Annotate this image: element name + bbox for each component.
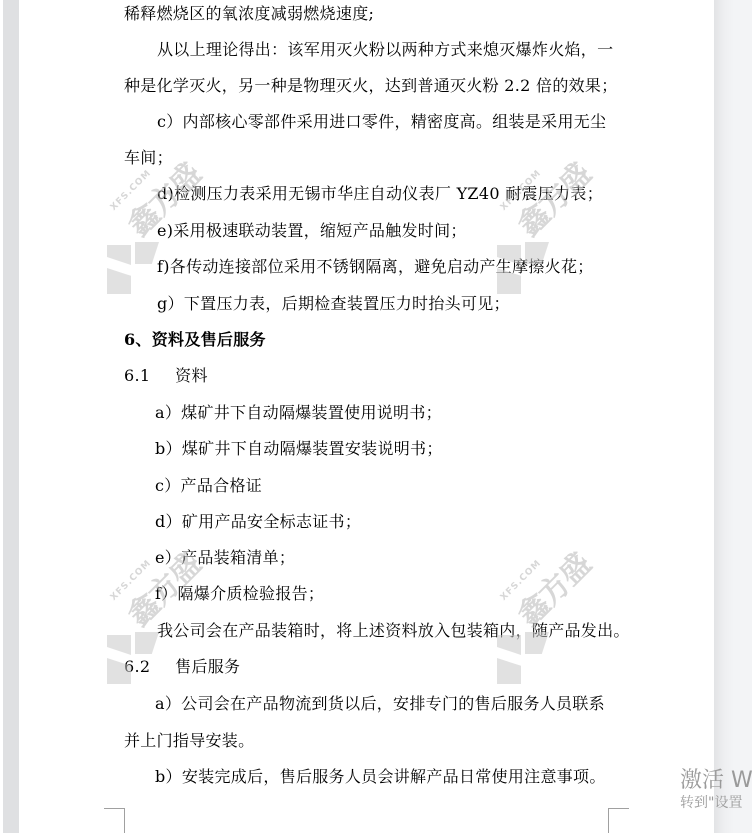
- paragraph-line: e)采用极速联动装置，缩短产品触发时间；: [157, 221, 467, 241]
- paragraph-line: 稀释燃烧区的氧浓度减弱燃烧速度;: [124, 4, 374, 24]
- activation-hint: 转到"设置: [680, 794, 752, 812]
- left-gutter: [0, 0, 19, 833]
- margin-corner-mark-right: [608, 808, 629, 833]
- paragraph-note: 我公司会在产品装箱时，将上述资料放入包装箱内，随产品发出。: [157, 621, 630, 641]
- windows-activation-overlay: 激活 W 转到"设置: [680, 768, 752, 812]
- paragraph-line: 车间；: [124, 148, 173, 168]
- paragraph-line: 从以上理论得出：该军用灭火粉以两种方式来熄灭爆炸火焰，一: [157, 40, 613, 60]
- list-item: b）煤矿井下自动隔爆装置安装说明书；: [155, 439, 443, 459]
- list-item-continuation: 并上门指导安装。: [124, 731, 254, 751]
- subsection-title: 资料: [175, 366, 208, 385]
- subsection-number: 6.1: [124, 366, 150, 385]
- list-item: b）安装完成后，售后服务人员会讲解产品日常使用注意事项。: [155, 767, 606, 787]
- section-heading: 6、资料及售后服务: [124, 330, 266, 350]
- document-page[interactable]: 稀释燃烧区的氧浓度减弱燃烧速度; 从以上理论得出：该军用灭火粉以两种方式来熄灭爆…: [19, 0, 714, 833]
- paragraph-line: f)各传动连接部位采用不锈钢隔离，避免启动产生摩擦火花；: [157, 257, 594, 277]
- paragraph-line: 种是化学灭火，另一种是物理灭火，达到普通灭火粉 2.2 倍的效果；: [124, 76, 618, 96]
- list-item: a）公司会在产品物流到货以后，安排专门的售后服务人员联系: [155, 694, 605, 714]
- paragraph-line: c）内部核心零部件采用进口零件，精密度高。组装是采用无尘: [157, 112, 606, 132]
- paragraph-line: g）下置压力表，后期检查装置压力时抬头可见；: [157, 294, 510, 314]
- list-item: d）矿用产品安全标志证书；: [155, 512, 361, 532]
- subsection-heading-6-2: 6.2 售后服务: [124, 657, 240, 677]
- paragraph-line: d)检测压力表采用无锡市华庄自动仪表厂 YZ40 耐震压力表；: [157, 184, 603, 204]
- right-gutter: [714, 0, 752, 833]
- document-viewer: 稀释燃烧区的氧浓度减弱燃烧速度; 从以上理论得出：该军用灭火粉以两种方式来熄灭爆…: [0, 0, 752, 833]
- list-item: f）隔爆介质检验报告；: [155, 584, 324, 604]
- subsection-heading-6-1: 6.1 资料: [124, 366, 208, 386]
- subsection-number: 6.2: [124, 657, 150, 676]
- list-item: e）产品装箱清单；: [155, 548, 295, 568]
- subsection-title: 售后服务: [175, 657, 240, 676]
- margin-corner-mark-left: [104, 808, 125, 833]
- list-item: c）产品合格证: [155, 476, 262, 496]
- activation-title: 激活 W: [680, 768, 752, 794]
- list-item: a）煤矿井下自动隔爆装置使用说明书；: [155, 403, 442, 423]
